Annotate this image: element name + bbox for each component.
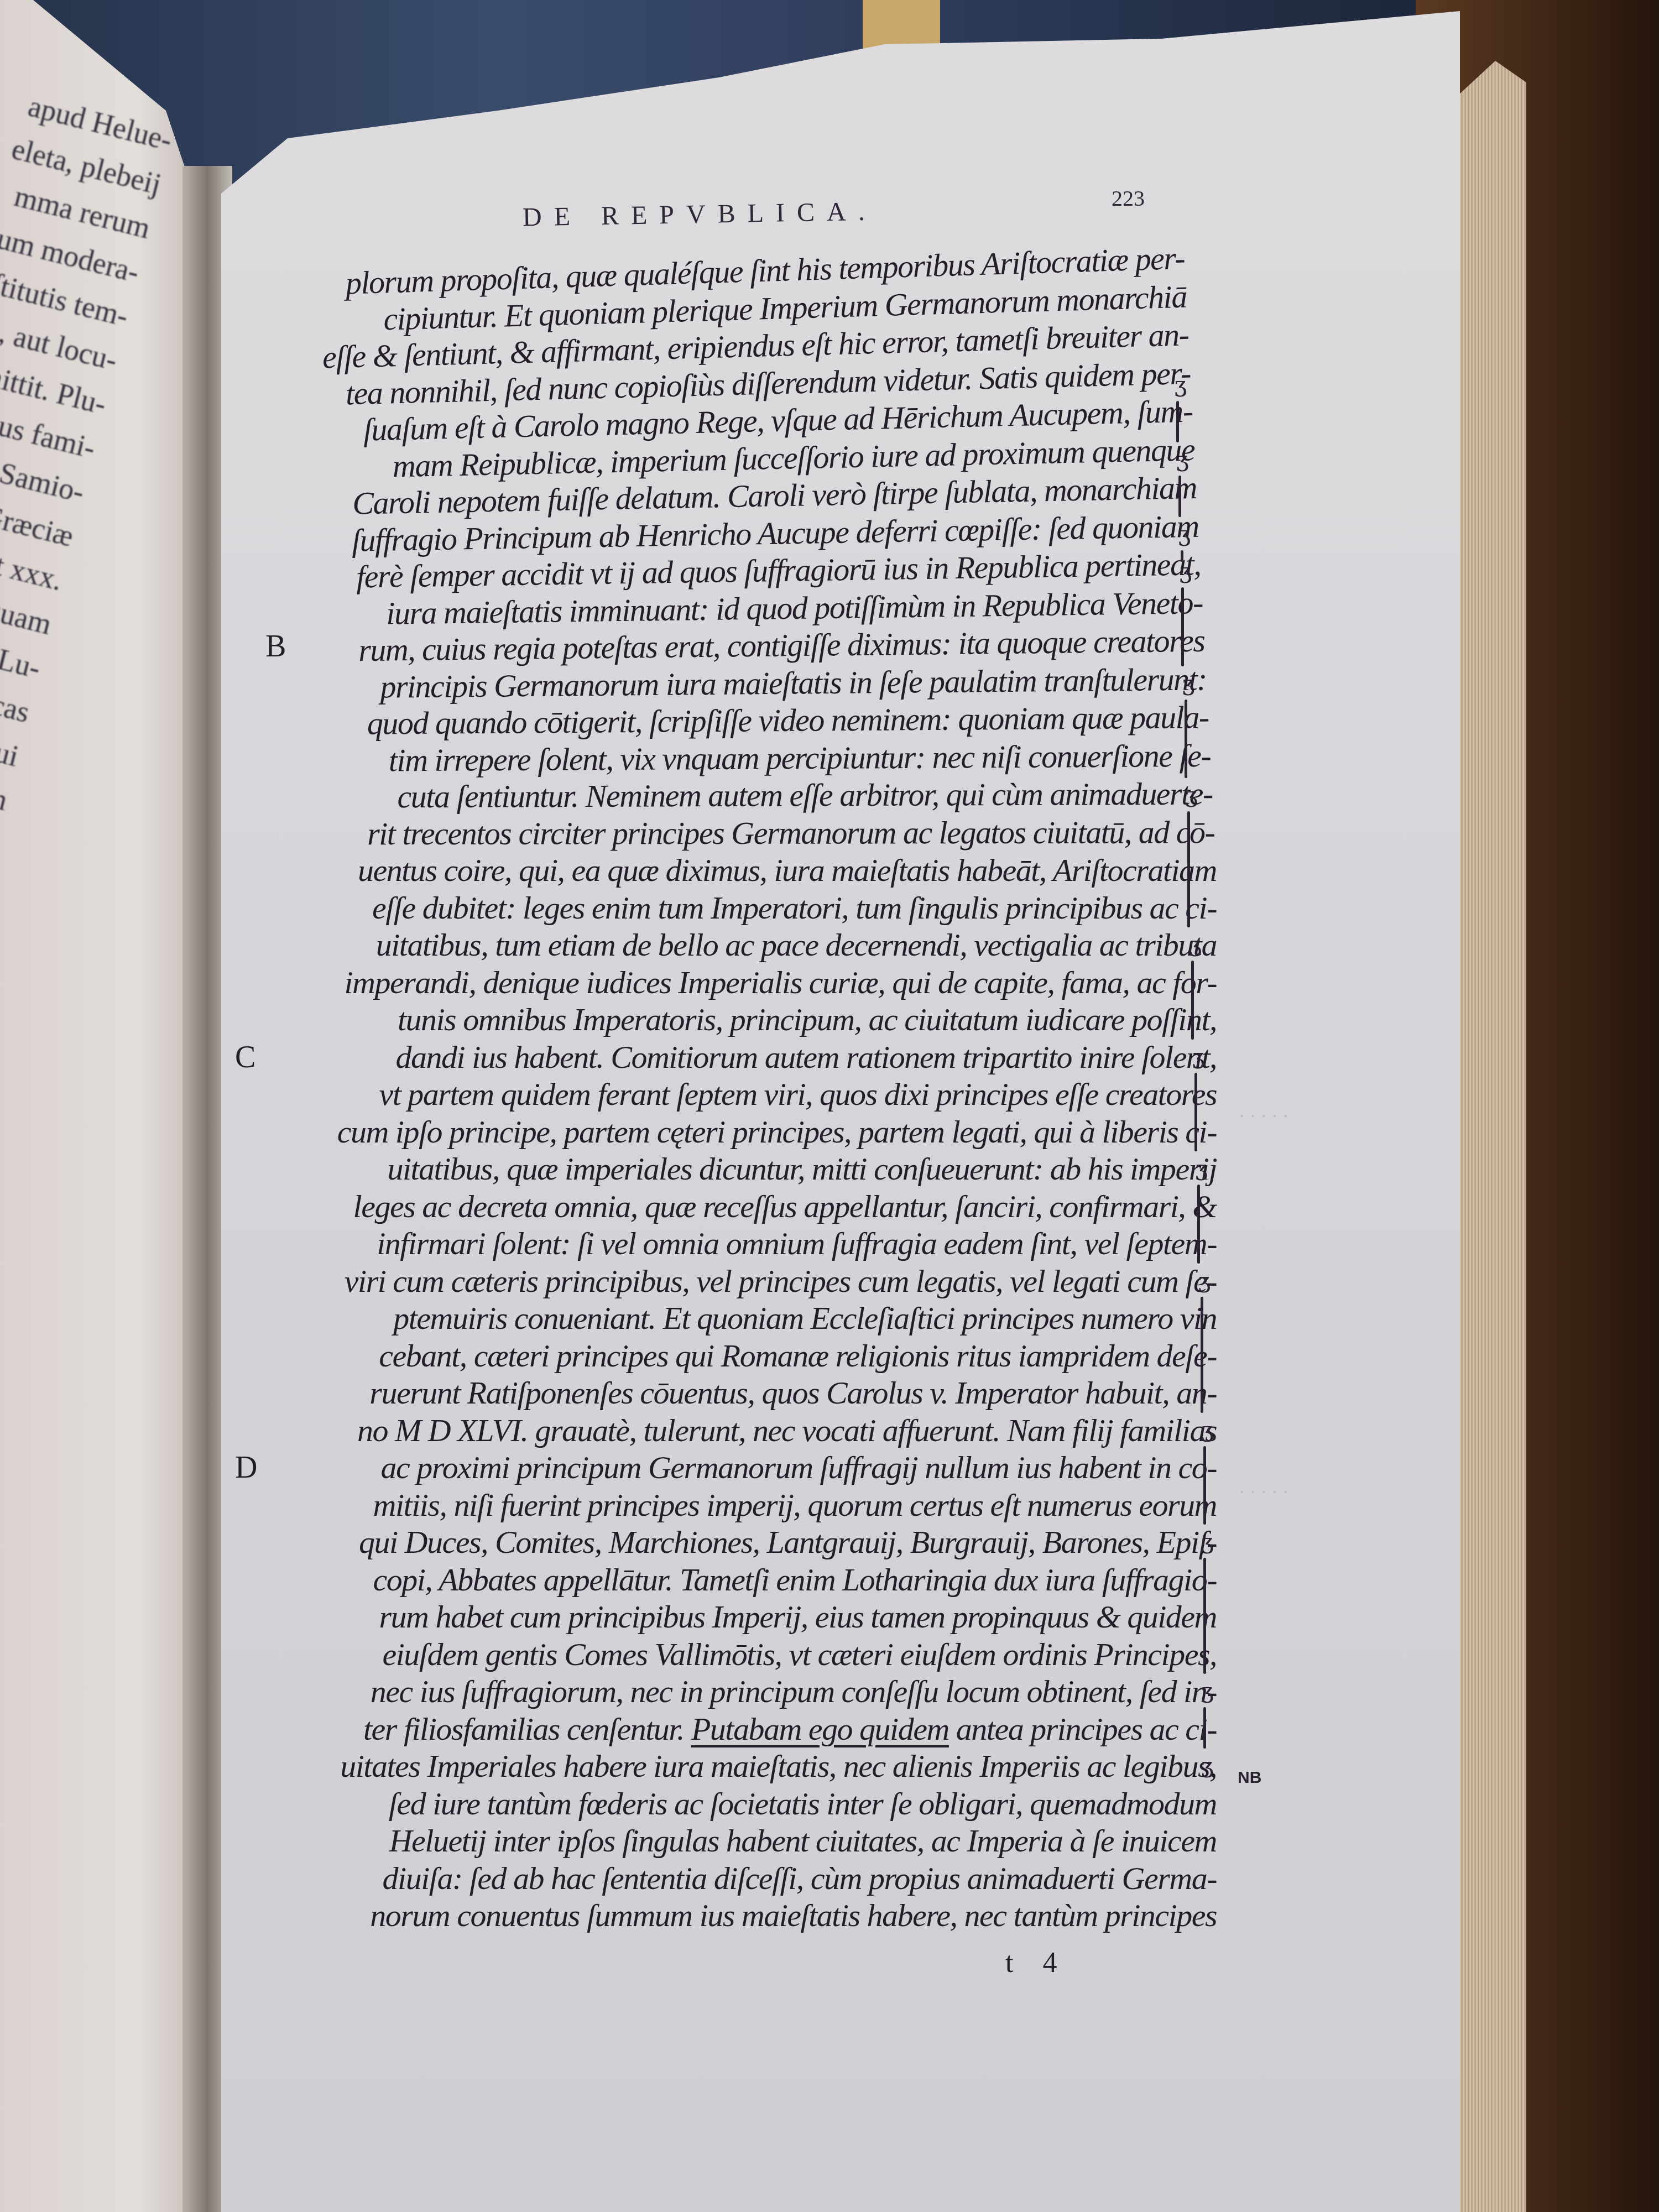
- text-line: qui Duces, Comites, Marchiones, Lantgrau…: [221, 1524, 1217, 1561]
- margin-bracket-line: [1187, 811, 1190, 927]
- margin-bracket-line: [1203, 1446, 1206, 1525]
- margin-bracket-line: [1201, 1297, 1203, 1413]
- text-line: ac proximi principum Germanorum ſuffragi…: [221, 1449, 1217, 1486]
- text-line: vt partem quidem ferant ſeptem viri, quo…: [221, 1076, 1217, 1113]
- text-line: dandi ius habent. Comitiorum autem ratio…: [221, 1039, 1217, 1076]
- text-line: norum conuentus ſummum ius maieſtatis ha…: [221, 1897, 1217, 1934]
- margin-bracket-line: [1203, 1558, 1206, 1674]
- text-line: rit trecentos circiter principes Germano…: [219, 813, 1214, 853]
- margin-bracket-line: [1194, 1073, 1197, 1152]
- bracket-mark-icon: ʒ: [1201, 1678, 1214, 1704]
- text-line: eiuſdem gentis Comes Vallimōtis, vt cæte…: [221, 1636, 1217, 1673]
- text-line: eſſe dubitet: leges enim tum Imperatori,…: [221, 889, 1217, 927]
- text-line: cum ipſo principe, partem cęteri princip…: [221, 1113, 1217, 1151]
- show-through-text: · · · · ·: [1239, 1482, 1289, 1503]
- text-line: diuiſa: ſed ab hac ſententia diſceſſi, c…: [221, 1860, 1217, 1897]
- text-line: uitatibus, quæ imperiales dicuntur, mitt…: [221, 1150, 1217, 1188]
- bracket-mark-icon: ʒ: [1201, 1529, 1214, 1554]
- bracket-mark-icon: ʒ: [1198, 1268, 1211, 1293]
- bracket-mark-icon: ʒ: [1192, 1044, 1205, 1070]
- margin-letter-b: B: [265, 629, 286, 664]
- signature-mark: t 4: [1005, 1947, 1057, 1979]
- margin-letter-d: D: [235, 1450, 257, 1485]
- bracket-mark-icon: ʒ: [1182, 671, 1195, 696]
- margin-letter-c: C: [235, 1040, 255, 1075]
- bracket-mark-icon: ʒ: [1195, 1156, 1208, 1181]
- text-line: ter filiosfamilias cenſentur. Putabam eg…: [221, 1710, 1217, 1748]
- bracket-mark-icon: ʒ: [1185, 782, 1198, 808]
- running-head: DE REPVBLICA.: [523, 196, 878, 232]
- margin-bracket-line: [1191, 961, 1194, 1040]
- text-line: mitiis, niſi fuerint principes imperij, …: [221, 1486, 1217, 1524]
- text-line: quod quando cōtigerit, ſcripſiſſe video …: [213, 698, 1208, 743]
- underlined-phrase: Putabam ego quidem: [691, 1711, 949, 1747]
- text-line: cuta ſentiuntur. Neminem autem eſſe arbi…: [217, 775, 1213, 816]
- bracket-mark-icon: ʒ: [1201, 1417, 1214, 1443]
- text-line: uitates Imperiales habere iura maieſtati…: [221, 1747, 1217, 1785]
- right-page-body: plorum propoſita, quæ qualéſque ſint his…: [221, 254, 1217, 1934]
- nota-bene-annotation: NB: [1238, 1768, 1261, 1787]
- text-line: imperandi, denique iudices Imperialis cu…: [221, 964, 1217, 1001]
- text-line: uitatibus, tum etiam de bello ac pace de…: [221, 926, 1217, 964]
- text-line: ruerunt Ratiſponenſes cōuentus, quos Car…: [221, 1374, 1217, 1412]
- bracket-mark-icon: ʒ: [1176, 447, 1189, 472]
- text-line: Heluetij inter ipſos ſingulas habent ciu…: [221, 1822, 1217, 1860]
- bracket-mark-icon: ʒ: [1179, 559, 1192, 584]
- margin-bracket-line: [1178, 476, 1181, 517]
- text-line: cebant, cæteri principes qui Romanæ reli…: [221, 1337, 1217, 1375]
- text-line: infirmari ſolent: ſi vel omnia omnium ſu…: [221, 1225, 1217, 1262]
- text-line: leges ac decreta omnia, quæ receſſus app…: [221, 1188, 1217, 1225]
- page-number: 223: [1112, 185, 1145, 211]
- text-line: ſed iure tantùm fœderis ac ſocietatis in…: [221, 1785, 1217, 1823]
- left-page-text: apud Helue-eleta, plebeijmma rerumum mod…: [0, 75, 177, 2143]
- text-line: uentus coire, qui, ea quæ diximus, iura …: [221, 852, 1217, 889]
- show-through-text: · · · · ·: [1239, 1106, 1289, 1127]
- bracket-mark-icon: ʒ: [1201, 1753, 1214, 1778]
- bracket-mark-icon: ʒ: [1174, 372, 1187, 398]
- text-line: viri cum cæteris principibus, vel princi…: [221, 1262, 1217, 1300]
- margin-bracket-line: [1203, 1707, 1206, 1749]
- text-line: ptemuiris conueniant. Et quoniam Eccleſi…: [221, 1300, 1217, 1337]
- text-line: copi, Abbates appellātur. Tametſi enim L…: [221, 1561, 1217, 1599]
- margin-bracket-line: [1181, 587, 1184, 666]
- margin-bracket-line: [1197, 1185, 1200, 1264]
- text-line: rum habet cum principibus Imperij, eius …: [221, 1598, 1217, 1636]
- text-line: tunis omnibus Imperatoris, principum, ac…: [221, 1001, 1217, 1039]
- text-line: no M D XLVI. grauatè, tulerunt, nec voca…: [221, 1412, 1217, 1449]
- margin-bracket-line: [1176, 401, 1179, 442]
- text-line: nec ius ſuffragiorum, nec in principum c…: [221, 1673, 1217, 1710]
- text-line: tim irrepere ſolent, vix vnquam percipiu…: [215, 737, 1211, 780]
- bracket-mark-icon: ʒ: [1189, 932, 1202, 957]
- margin-bracket-line: [1185, 700, 1187, 779]
- book-fore-edge: [1449, 61, 1526, 2212]
- bracket-mark-icon: ʒ: [1178, 521, 1191, 547]
